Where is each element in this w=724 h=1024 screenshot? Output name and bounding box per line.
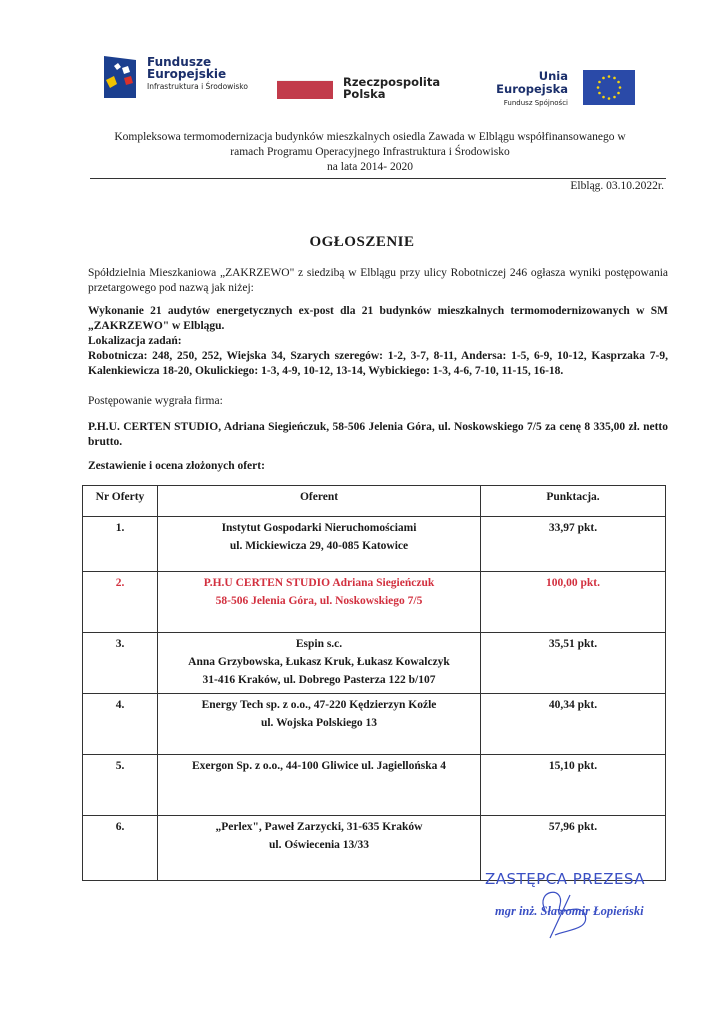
- bidder-line: „Perlex", Paweł Zarzycki, 31-635 Kraków: [162, 818, 476, 836]
- bidder-line: ul. Oświecenia 13/33: [162, 836, 476, 854]
- bidder-line: 31-416 Kraków, ul. Dobrego Pasterza 122 …: [162, 671, 476, 689]
- fundusze-europejskie-logo-icon: [100, 54, 140, 100]
- handwritten-signature-icon: [525, 880, 615, 940]
- offers-table: Nr Oferty Oferent Punktacja. 1.Instytut …: [82, 485, 666, 881]
- offer-number: 6.: [83, 816, 158, 881]
- offer-number: 4.: [83, 694, 158, 755]
- table-row: 3.Espin s.c.Anna Grzybowska, Łukasz Kruk…: [83, 633, 666, 694]
- location-list: Robotnicza: 248, 250, 252, Wiejska 34, S…: [88, 349, 668, 379]
- column-header-oferent: Oferent: [158, 486, 481, 517]
- offer-score: 35,51 pkt.: [481, 633, 666, 694]
- bidder-line: 58-506 Jelenia Góra, ul. Noskowskiego 7/…: [162, 592, 476, 610]
- offer-score: 33,97 pkt.: [481, 517, 666, 572]
- bidder-line: Energy Tech sp. z o.o., 47-220 Kędzierzy…: [162, 696, 476, 714]
- offer-score: 15,10 pkt.: [481, 755, 666, 816]
- table-row: 4.Energy Tech sp. z o.o., 47-220 Kędzier…: [83, 694, 666, 755]
- winner-label: Postępowanie wygrała firma:: [88, 394, 668, 409]
- rp-logo-text: Rzeczpospolita Polska: [343, 76, 440, 100]
- bidder-line: ul. Wojska Polskiego 13: [162, 714, 476, 732]
- project-header: Kompleksowa termomodernizacja budynków m…: [80, 130, 660, 175]
- summary-label: Zestawienie i ocena złożonych ofert:: [88, 459, 668, 474]
- fe-logo-text: Fundusze Europejskie Infrastruktura i Śr…: [147, 56, 248, 93]
- bidder-line: P.H.U CERTEN STUDIO Adriana Siegieńczuk: [162, 574, 476, 592]
- location-label: Lokalizacja zadań:: [88, 334, 668, 349]
- offer-number: 1.: [83, 517, 158, 572]
- table-row: 2.P.H.U CERTEN STUDIO Adriana Siegieńczu…: [83, 572, 666, 633]
- document-date: Elbląg. 03.10.2022r.: [570, 180, 664, 192]
- logo-bar: Fundusze Europejskie Infrastruktura i Śr…: [100, 52, 640, 104]
- offer-bidder: P.H.U CERTEN STUDIO Adriana Siegieńczuk5…: [158, 572, 481, 633]
- bidder-line: ul. Mickiewicza 29, 40-085 Katowice: [162, 537, 476, 555]
- bidder-line: Espin s.c.: [162, 635, 476, 653]
- offer-bidder: Energy Tech sp. z o.o., 47-220 Kędzierzy…: [158, 694, 481, 755]
- table-row: 5.Exergon Sp. z o.o., 44-100 Gliwice ul.…: [83, 755, 666, 816]
- polish-flag-icon: [277, 80, 333, 99]
- eu-flag-icon: [583, 70, 635, 105]
- offer-number: 3.: [83, 633, 158, 694]
- bidder-line: Instytut Gospodarki Nieruchomościami: [162, 519, 476, 537]
- column-header-nr: Nr Oferty: [83, 486, 158, 517]
- task-description: Wykonanie 21 audytów energetycznych ex-p…: [88, 304, 668, 334]
- page-title: OGŁOSZENIE: [0, 234, 724, 251]
- divider: [90, 178, 666, 179]
- offer-score: 40,34 pkt.: [481, 694, 666, 755]
- offer-bidder: Instytut Gospodarki Nieruchomościamiul. …: [158, 517, 481, 572]
- table-row: 1.Instytut Gospodarki Nieruchomościamiul…: [83, 517, 666, 572]
- signature-block: ZASTĘPCA PREZESA mgr inż. Sławomir Łopie…: [485, 870, 685, 919]
- intro-text: Spółdzielnia Mieszkaniowa „ZAKRZEWO" z s…: [88, 266, 668, 296]
- bidder-line: Anna Grzybowska, Łukasz Kruk, Łukasz Kow…: [162, 653, 476, 671]
- offer-number: 5.: [83, 755, 158, 816]
- column-header-score: Punktacja.: [481, 486, 666, 517]
- offer-bidder: „Perlex", Paweł Zarzycki, 31-635 Krakówu…: [158, 816, 481, 881]
- bidder-line: Exergon Sp. z o.o., 44-100 Gliwice ul. J…: [162, 757, 476, 775]
- offer-number: 2.: [83, 572, 158, 633]
- winner-text: P.H.U. CERTEN STUDIO, Adriana Siegieńczu…: [88, 420, 668, 450]
- offer-bidder: Espin s.c.Anna Grzybowska, Łukasz Kruk, …: [158, 633, 481, 694]
- offer-score: 100,00 pkt.: [481, 572, 666, 633]
- offer-bidder: Exergon Sp. z o.o., 44-100 Gliwice ul. J…: [158, 755, 481, 816]
- ue-logo-text: Unia Europejska Fundusz Spójności: [468, 70, 568, 110]
